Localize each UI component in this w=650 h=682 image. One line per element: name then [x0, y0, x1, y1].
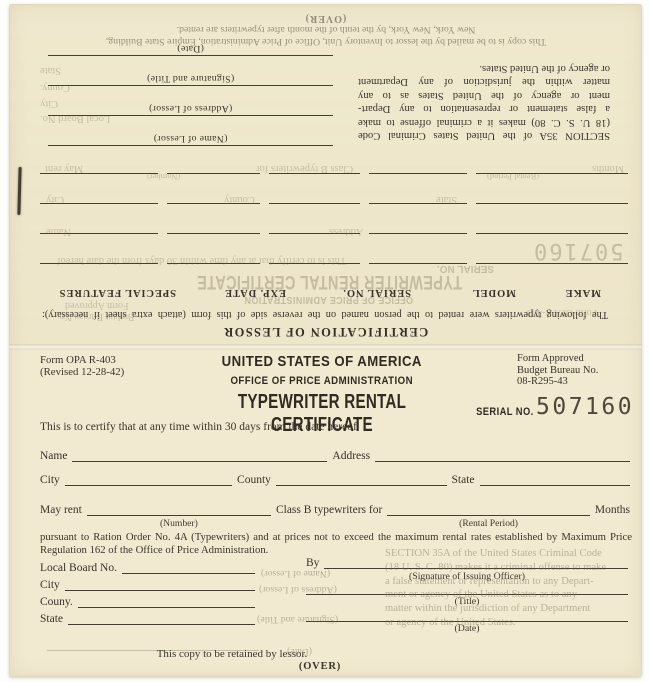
- board-state-blank-line: [68, 624, 255, 625]
- form-number-block: Form OPA R-403 (Revised 12-28-42): [40, 354, 124, 378]
- form-revision: (Revised 12-28-42): [40, 366, 124, 378]
- ghost-address-of-lessor: (Address of Lessor): [259, 584, 337, 595]
- board-city-blank-line: [65, 590, 255, 591]
- months-label: Months: [595, 505, 630, 517]
- ghost-state: State: [436, 194, 457, 205]
- column-header-make: MAKE: [565, 287, 601, 298]
- ghost-signature-and-title: (Signature and Title): [257, 614, 338, 625]
- class-b-label: Class B typewriters for: [276, 505, 382, 517]
- office-name: OFFICE OF PRICE ADMINISTRATION: [231, 375, 414, 387]
- board-state-row: State: [40, 610, 255, 625]
- lessor-name-line: (Name of Lessor): [48, 133, 333, 146]
- board-state-label: State: [40, 614, 63, 626]
- ghost-certify-line: This is to certify that at any time with…: [57, 255, 346, 266]
- board-county-label: Couny.: [40, 597, 73, 609]
- over-label-front: (OVER): [255, 661, 385, 672]
- certification-title: CERTIFICATION OF LESSOR: [9, 324, 642, 339]
- ghost-form-number: Form OPA R-403: [527, 307, 597, 318]
- table-row: [40, 204, 628, 206]
- ghost-lb-city: City: [40, 98, 58, 109]
- may-rent-row: May rent (Number) Class B typewriters fo…: [40, 501, 630, 516]
- ghost-may-rent: May rent: [45, 163, 83, 174]
- board-city-row: City: [40, 576, 255, 591]
- city-county-state-row: City County State: [40, 471, 630, 486]
- lessor-signature-line: (Signature and Title): [48, 73, 333, 86]
- may-rent-label: May rent: [40, 505, 82, 517]
- ghost-serial-number: 507160: [532, 238, 623, 263]
- rental-period-blank-line: (Rental Period): [387, 515, 590, 516]
- county-label: County: [237, 475, 271, 487]
- ghost-lb-board-no: Local Board No.: [40, 113, 110, 124]
- ghost-title: TYPEWRITER RENTAL CERTIFICATE: [149, 270, 509, 292]
- name-label: Name: [40, 451, 67, 463]
- scanned-document-page: CERTIFICATION OF LESSOR The following ty…: [0, 0, 650, 682]
- ghost-number-caption: (Number): [147, 172, 181, 182]
- state-label: State: [452, 475, 475, 487]
- over-label-back: (OVER): [9, 13, 642, 24]
- form-number: Form OPA R-403: [40, 354, 124, 366]
- ghost-county: County: [224, 194, 255, 205]
- number-caption: (Number): [87, 518, 271, 529]
- address-label: Address: [332, 451, 370, 463]
- local-board-label: Local Board No.: [40, 563, 117, 575]
- serial-number: 507160: [536, 394, 634, 420]
- ghost-date-line: [47, 650, 259, 651]
- mail-instruction: This copy is to be mailed by the lessor …: [26, 24, 626, 47]
- city-blank-line: [65, 485, 232, 486]
- ghost-name-of-lessor: (Name of Lessor): [261, 568, 330, 579]
- ghost-budget-bureau: Budget Bureau No.: [57, 311, 135, 322]
- board-county-row: Couny.: [40, 593, 255, 608]
- ghost-address: Address: [329, 226, 363, 237]
- certify-text: This is to certify that at any time with…: [40, 421, 357, 433]
- table-row: [40, 174, 628, 176]
- ghost-city: City: [46, 194, 64, 205]
- address-blank-line: [375, 461, 630, 462]
- ghost-rental-period-caption: (Rental Period): [487, 172, 539, 182]
- criminal-code-notice: SECTION 35A of the United States Crimina…: [358, 62, 610, 142]
- ghost-form-approved: Form Approved: [65, 300, 129, 311]
- name-address-row: Name Address: [40, 447, 630, 462]
- board-city-label: City: [40, 580, 60, 592]
- paper-form: CERTIFICATION OF LESSOR The following ty…: [9, 4, 642, 677]
- local-board-blank-line: [122, 573, 255, 574]
- ghost-date-caption: (Date): [287, 646, 312, 657]
- rental-period-caption: (Rental Period): [387, 518, 590, 529]
- agency-name: UNITED STATES OF AMERICA: [222, 353, 422, 370]
- ghost-months: Months: [592, 163, 624, 174]
- ghost-lb-state: State: [40, 65, 61, 76]
- ghost-name: Name: [46, 226, 71, 237]
- number-blank-line: (Number): [87, 515, 271, 516]
- city-label: City: [40, 475, 60, 487]
- ghost-criminal-code-notice: SECTION 35A of the United States Crimina…: [385, 547, 635, 630]
- serial-label: SERIAL NO.: [476, 406, 534, 418]
- ghost-office-line: OFFICE OF PRICE ADMINISTRATION: [149, 294, 509, 306]
- form-approved-block: Form Approved Budget Bureau No. 08-R295-…: [517, 353, 598, 388]
- ghost-class-b: Class B typewriters for: [256, 163, 353, 174]
- county-blank-line: [276, 485, 447, 486]
- local-board-row: Local Board No.: [40, 559, 255, 574]
- ghost-lb-county: Couny.: [40, 82, 70, 93]
- state-blank-line: [480, 485, 631, 486]
- name-blank-line: [72, 461, 327, 462]
- board-county-blank-line: [78, 607, 255, 608]
